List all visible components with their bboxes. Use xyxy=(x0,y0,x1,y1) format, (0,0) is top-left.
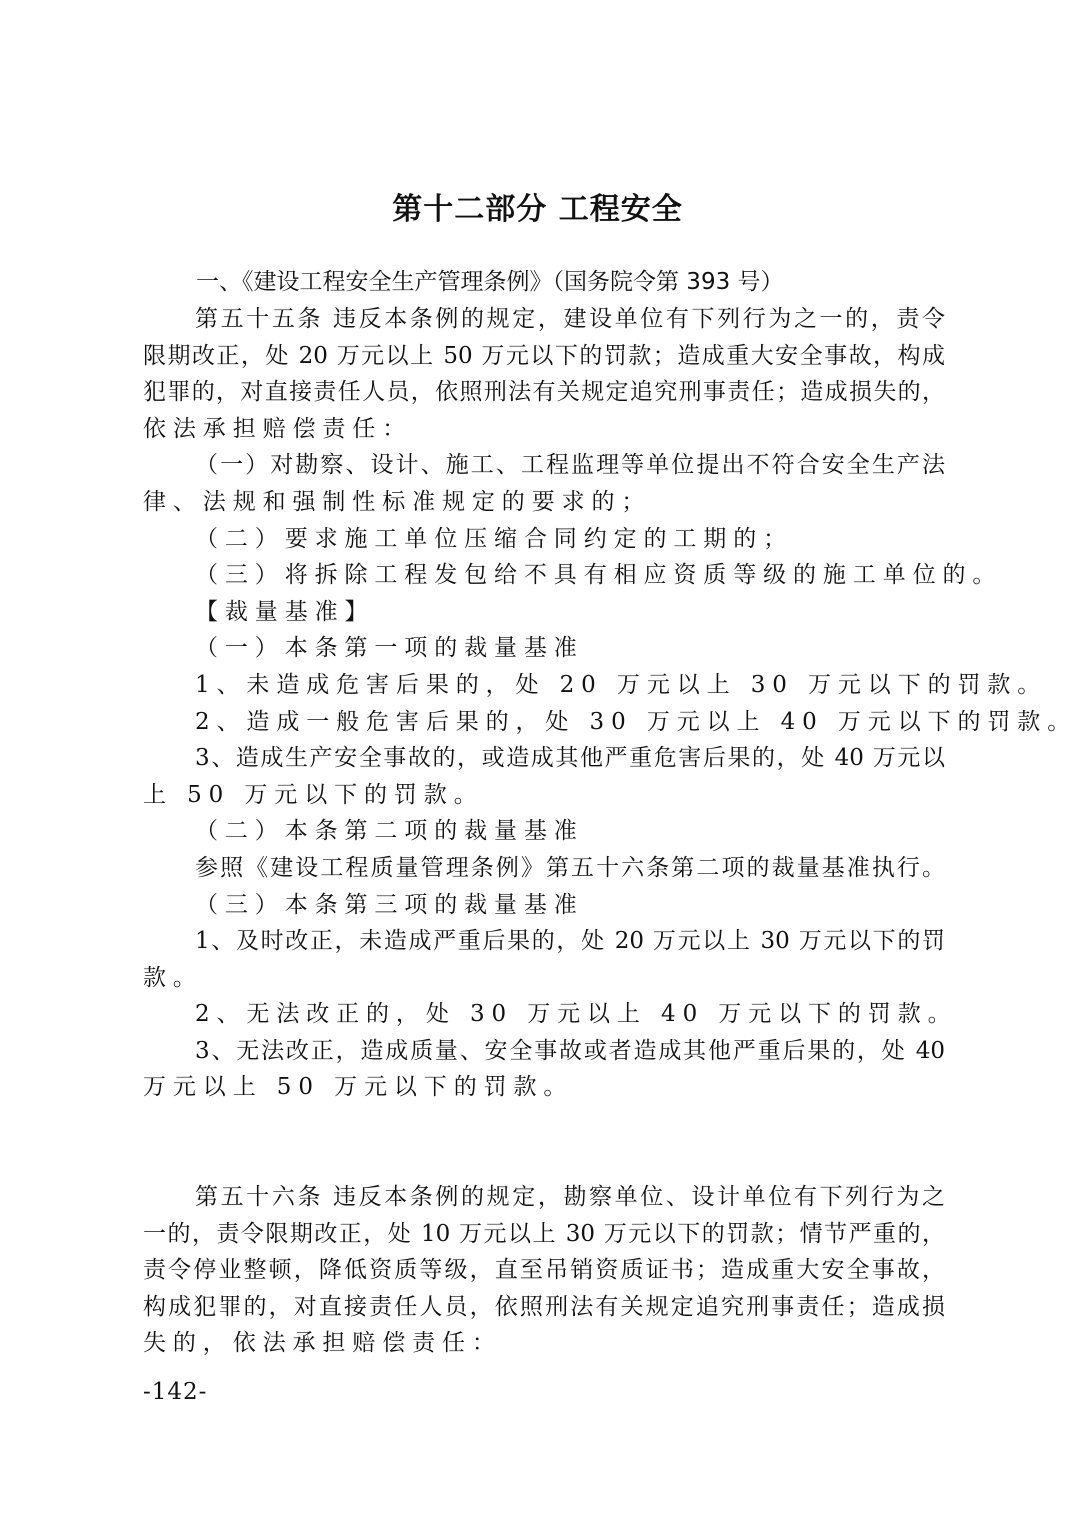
list-item-line: 2、造成一般危害后果的，处 30 万元以上 40 万元以下的罚款。 xyxy=(143,704,945,741)
discretion-standard-heading: 【裁量基准】 xyxy=(143,594,945,631)
article-55: 第五十五条 违反本条例的规定，建设单位有下列行为之一的，责令 限期改正，处 20… xyxy=(143,301,945,1106)
paragraph-line: 依法承担赔偿责任： xyxy=(143,411,945,448)
paragraph-line: 构成犯罪的，对直接责任人员，依照刑法有关规定追究刑事责任；造成损 xyxy=(143,1289,945,1326)
list-item-line: 1、及时改正，未造成严重后果的，处 20 万元以上 30 万元以下的罚 xyxy=(143,923,945,960)
list-item-line: （三）将拆除工程发包给不具有相应资质等级的施工单位的。 xyxy=(143,557,945,594)
list-item-line: 1、未造成危害后果的，处 20 万元以上 30 万元以下的罚款。 xyxy=(143,667,945,704)
page-number: -142- xyxy=(143,1377,207,1407)
list-item-line: 3、造成生产安全事故的，或造成其他严重危害后果的，处 40 万元以 xyxy=(143,740,945,777)
list-item-line: 上 50 万元以下的罚款。 xyxy=(143,777,945,814)
paragraph-line: 失的，依法承担赔偿责任： xyxy=(143,1325,945,1362)
list-item-line: （二）要求施工单位压缩合同约定的工期的； xyxy=(143,521,945,558)
paragraph-line: 参照《建设工程质量管理条例》第五十六条第二项的裁量基准执行。 xyxy=(143,850,945,887)
list-item-line: 律、法规和强制性标准规定的要求的； xyxy=(143,484,945,521)
section-heading: 一、《建设工程安全生产管理条例》（国务院令第 393 号） xyxy=(196,264,784,300)
document-page: 第十二部分 工程安全 一、《建设工程安全生产管理条例》（国务院令第 393 号）… xyxy=(0,0,1075,1520)
list-item-line: （一）对勘察、设计、施工、工程监理等单位提出不符合安全生产法 xyxy=(143,447,945,484)
sub-heading: （三）本条第三项的裁量基准 xyxy=(143,887,945,924)
paragraph-line: 责令停业整顿，降低资质等级，直至吊销资质证书；造成重大安全事故， xyxy=(143,1252,945,1289)
sub-heading: （二）本条第二项的裁量基准 xyxy=(143,813,945,850)
list-item-line: 2、无法改正的，处 30 万元以上 40 万元以下的罚款。 xyxy=(143,996,945,1033)
paragraph-line: 犯罪的，对直接责任人员，依照刑法有关规定追究刑事责任；造成损失的， xyxy=(143,374,945,411)
paragraph-line: 第五十六条 违反本条例的规定，勘察单位、设计单位有下列行为之 xyxy=(143,1179,945,1216)
paragraph-line: 限期改正，处 20 万元以上 50 万元以下的罚款；造成重大安全事故，构成 xyxy=(143,338,945,375)
paragraph-line: 一的，责令限期改正，处 10 万元以上 30 万元以下的罚款；情节严重的， xyxy=(143,1216,945,1253)
sub-heading: （一）本条第一项的裁量基准 xyxy=(143,630,945,667)
paragraph-gap xyxy=(143,1106,945,1179)
part-title: 第十二部分 工程安全 xyxy=(0,188,1075,232)
list-item-line: 款。 xyxy=(143,960,945,997)
article-56: 第五十六条 违反本条例的规定，勘察单位、设计单位有下列行为之 一的，责令限期改正… xyxy=(143,1179,945,1362)
list-item-line: 万元以上 50 万元以下的罚款。 xyxy=(143,1069,945,1106)
paragraph-line: 第五十五条 违反本条例的规定，建设单位有下列行为之一的，责令 xyxy=(143,301,945,338)
list-item-line: 3、无法改正，造成质量、安全事故或者造成其他严重后果的，处 40 xyxy=(143,1033,945,1070)
document-body: 第五十五条 违反本条例的规定，建设单位有下列行为之一的，责令 限期改正，处 20… xyxy=(143,301,945,1362)
